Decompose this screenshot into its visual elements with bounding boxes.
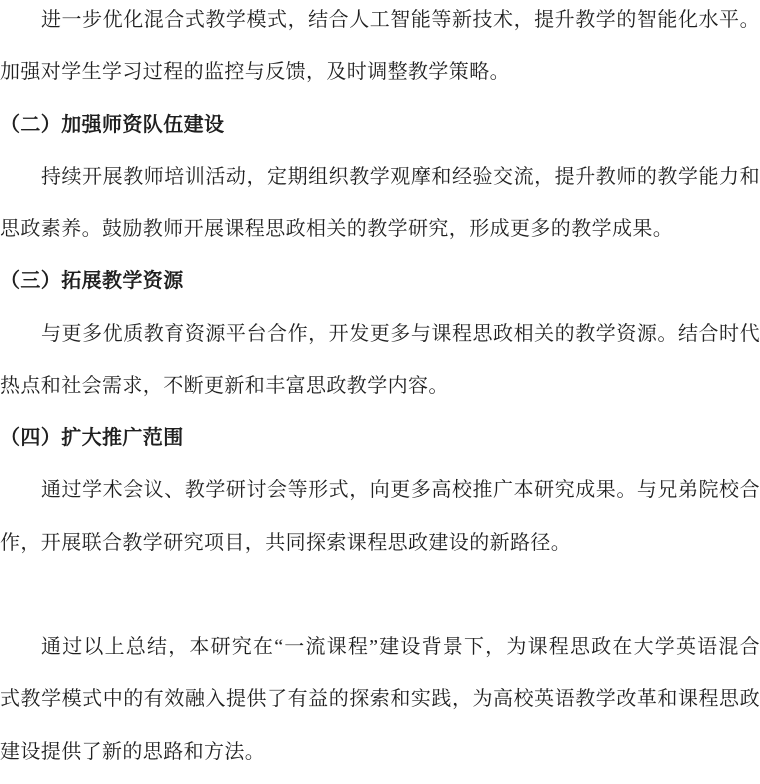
paragraph-line: 通过以上总结，本研究在“一流课程”建设背景下，为课程思政在大学英语混合 xyxy=(0,621,760,673)
blank-line xyxy=(0,569,760,621)
paragraph-line: 热点和社会需求，不断更新和丰富思政教学内容。 xyxy=(0,360,760,412)
paragraph-line: 进一步优化混合式教学模式，结合人工智能等新技术，提升教学的智能化水平。 xyxy=(0,0,760,46)
section-heading: （二）加强师资队伍建设 xyxy=(0,99,760,151)
paragraph-line: 持续开展教师培训活动，定期组织教学观摩和经验交流，提升教师的教学能力和 xyxy=(0,151,760,203)
paragraph-line: 通过学术会议、教学研讨会等形式，向更多高校推广本研究成果。与兄弟院校合 xyxy=(0,464,760,516)
document-page: 进一步优化混合式教学模式，结合人工智能等新技术，提升教学的智能化水平。 加强对学… xyxy=(0,0,760,784)
paragraph-line: 建设提供了新的思路和方法。 xyxy=(0,726,760,778)
section-heading: （三）拓展教学资源 xyxy=(0,255,760,307)
paragraph-line: 作，开展联合教学研究项目，共同探索课程思政建设的新路径。 xyxy=(0,517,760,569)
paragraph-line: 式教学模式中的有效融入提供了有益的探索和实践，为高校英语教学改革和课程思政 xyxy=(0,673,760,725)
section-heading: （四）扩大推广范围 xyxy=(0,412,760,464)
paragraph-line: 与更多优质教育资源平台合作，开发更多与课程思政相关的教学资源。结合时代 xyxy=(0,308,760,360)
paragraph-line: 加强对学生学习过程的监控与反馈，及时调整教学策略。 xyxy=(0,46,760,98)
paragraph-line: 思政素养。鼓励教师开展课程思政相关的教学研究，形成更多的教学成果。 xyxy=(0,203,760,255)
